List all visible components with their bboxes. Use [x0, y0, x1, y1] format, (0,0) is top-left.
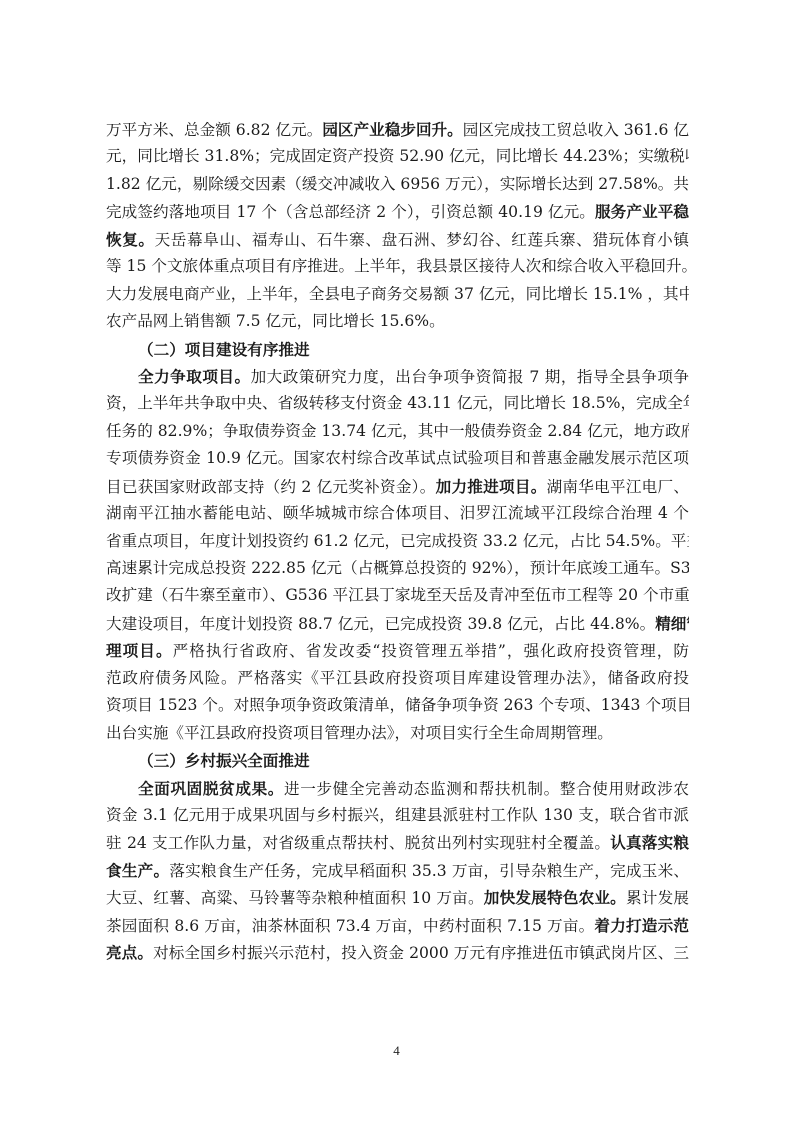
text-line: 全力争取项目。加大政策研究力度，出台争项争资简报 7 期，指导全县争项争	[106, 363, 689, 390]
text-run: 进一步健全完善动态监测和帮扶机制。整合使用财政涉农	[284, 780, 689, 798]
text-run: 园区完成技工贸总收入 361.6 亿	[463, 121, 689, 139]
text-run: 大豆、红薯、高粱、马铃薯等杂粮种植面积 10 万亩。	[106, 889, 484, 907]
text-line: 目已获国家财政部支持（约 2 亿元奖补资金）。加力推进项目。湖南华电平江电厂、	[106, 473, 689, 500]
text-line: 万平方米、总金额 6.82 亿元。园区产业稳步回升。园区完成技工贸总收入 361…	[106, 116, 689, 143]
text-line: 资金 3.1 亿元用于成果巩固与乡村振兴，组建县派驻村工作队 130 支，联合省…	[106, 802, 689, 829]
bold-lead-phrase: 加力推进项目。	[436, 477, 547, 496]
text-run: 资，上半年共争取中央、省级转移支付资金 43.11 亿元，同比增长 18.5%，…	[106, 394, 689, 412]
bold-lead-phrase: 加快发展特色农业。	[484, 888, 626, 907]
text-run: 元，同比增长 31.8%；完成固定资产投资 52.90 亿元，同比增长 44.2…	[106, 147, 689, 165]
text-run: 加大政策研究力度，出台争项争资简报 7 期，指导全县争项争	[251, 368, 689, 386]
text-line: 完成签约落地项目 17 个（含总部经济 2 个），引资总额 40.19 亿元。服…	[106, 198, 689, 225]
text-run: 茶园面积 8.6 万亩，油茶林面积 73.4 万亩，中药村面积 7.15 万亩。	[106, 917, 594, 935]
text-line: 等 15 个文旅体重点项目有序推进。上半年，我县景区接待人次和综合收入平稳回升。	[106, 253, 689, 280]
section-heading: （二）项目建设有序推进	[106, 336, 689, 363]
page-number: 4	[0, 1043, 793, 1059]
text-run: 目已获国家财政部支持（约 2 亿元奖补资金）。	[106, 478, 436, 496]
text-line: 恢复。天岳幕阜山、福寿山、石牛寨、盘石洲、梦幻谷、红莲兵寨、猎玩体育小镇	[106, 226, 689, 253]
bold-lead-phrase: 全面巩固脱贫成果。	[138, 779, 284, 798]
text-line: 出台实施《平江县政府投资项目管理办法》，对项目实行全生命周期管理。	[106, 720, 689, 747]
bold-lead-phrase: 园区产业稳步回升。	[322, 120, 462, 139]
text-line: 专项债券资金 10.9 亿元。国家农村综合改革试点试验项目和普惠金融发展示范区项	[106, 445, 689, 472]
text-run: 等 15 个文旅体重点项目有序推进。上半年，我县景区接待人次和综合收入平稳回升。	[106, 257, 689, 275]
document-body: 万平方米、总金额 6.82 亿元。园区产业稳步回升。园区完成技工贸总收入 361…	[106, 116, 689, 967]
text-run: 完成签约落地项目 17 个（含总部经济 2 个），引资总额 40.19 亿元。	[106, 203, 595, 221]
text-line: 食生产。落实粮食生产任务，完成早稻面积 35.3 万亩，引导杂粮生产，完成玉米、	[106, 857, 689, 884]
text-line: 范政府债务风险。严格落实《平江县政府投资项目库建设管理办法》，储备政府投	[106, 665, 689, 692]
text-run: 出台实施《平江县政府投资项目管理办法》，对项目实行全生命周期管理。	[106, 724, 613, 742]
section-heading: （三）乡村振兴全面推进	[106, 747, 689, 774]
text-run: 1.82 亿元，剔除缓交因素（缓交冲减收入 6956 万元），实际增长达到 27…	[106, 175, 689, 193]
text-line: 省重点项目，年度计划投资约 61.2 亿元，已完成投资 33.2 亿元，占比 5…	[106, 528, 689, 555]
text-run: 对标全国乡村振兴示范村，投入资金 2000 万元有序推进伍市镇武岗片区、三	[153, 944, 689, 962]
text-line: 元，同比增长 31.8%；完成固定资产投资 52.90 亿元，同比增长 44.2…	[106, 143, 689, 170]
text-line: 亮点。对标全国乡村振兴示范村，投入资金 2000 万元有序推进伍市镇武岗片区、三	[106, 939, 689, 966]
text-run: 驻 24 支工作队力量，对省级重点帮扶村、脱贫出列村实现驻村全覆盖。	[106, 834, 610, 852]
text-run: 天岳幕阜山、福寿山、石牛寨、盘石洲、梦幻谷、红莲兵寨、猎玩体育小镇	[155, 231, 689, 249]
text-run: 任务的 82.9%；争取债券资金 13.74 亿元，其中一般债券资金 2.84 …	[106, 422, 689, 440]
text-line: 湖南平江抽水蓄能电站、颐华城城市综合体项目、汨罗江流域平江段综合治理 4 个	[106, 500, 689, 527]
bold-lead-phrase: （三）乡村振兴全面推进	[138, 751, 310, 770]
text-run: 万平方米、总金额 6.82 亿元。	[106, 121, 322, 139]
text-run: 改扩建（石牛寨至童市）、G536 平江县丁家垅至天岳及青冲至伍市工程等 20 个…	[106, 586, 689, 604]
document-page: 万平方米、总金额 6.82 亿元。园区产业稳步回升。园区完成技工贸总收入 361…	[0, 0, 793, 1122]
bold-lead-phrase: 理项目。	[106, 641, 173, 660]
text-run: 高速累计完成总投资 222.85 亿元（占概算总投资的 92%），预计年底竣工通…	[106, 559, 689, 577]
bold-lead-phrase: 服务产业平稳	[595, 202, 689, 221]
text-line: 大建设项目，年度计划投资 88.7 亿元，已完成投资 39.8 亿元，占比 44…	[106, 610, 689, 637]
bold-lead-phrase: 食生产。	[106, 861, 169, 880]
text-line: 1.82 亿元，剔除缓交因素（缓交冲减收入 6956 万元），实际增长达到 27…	[106, 171, 689, 198]
text-run: 资项目 1523 个。对照争项争资政策清单，储备争项争资 263 个专项、134…	[106, 696, 689, 714]
bold-lead-phrase: 恢复。	[106, 230, 155, 249]
bold-lead-phrase: 精细管	[655, 614, 689, 633]
text-run: 农产品网上销售额 7.5 亿元，同比增长 15.6%。	[106, 312, 445, 330]
text-line: 驻 24 支工作队力量，对省级重点帮扶村、脱贫出列村实现驻村全覆盖。认真落实粮	[106, 829, 689, 856]
text-line: 全面巩固脱贫成果。进一步健全完善动态监测和帮扶机制。整合使用财政涉农	[106, 775, 689, 802]
text-line: 理项目。严格执行省政府、省发改委“投资管理五举措”，强化政府投资管理，防	[106, 637, 689, 664]
text-line: 茶园面积 8.6 万亩，油茶林面积 73.4 万亩，中药村面积 7.15 万亩。…	[106, 912, 689, 939]
bold-lead-phrase: 全力争取项目。	[138, 367, 251, 386]
text-line: 资项目 1523 个。对照争项争资政策清单，储备争项争资 263 个专项、134…	[106, 692, 689, 719]
text-run: 湖南平江抽水蓄能电站、颐华城城市综合体项目、汨罗江流域平江段综合治理 4 个	[106, 504, 689, 522]
text-run: 严格执行省政府、省发改委“投资管理五举措”，强化政府投资管理，防	[173, 642, 689, 660]
text-run: 专项债券资金 10.9 亿元。国家农村综合改革试点试验项目和普惠金融发展示范区项	[106, 449, 689, 467]
text-line: 大力发展电商产业，上半年，全县电子商务交易额 37 亿元，同比增长 15.1% …	[106, 281, 689, 308]
text-run: 大建设项目，年度计划投资 88.7 亿元，已完成投资 39.8 亿元，占比 44…	[106, 615, 655, 633]
bold-lead-phrase: （二）项目建设有序推进	[138, 340, 310, 359]
text-line: 任务的 82.9%；争取债券资金 13.74 亿元，其中一般债券资金 2.84 …	[106, 418, 689, 445]
bold-lead-phrase: 着力打造示范	[594, 916, 689, 935]
text-run: 范政府债务风险。严格落实《平江县政府投资项目库建设管理办法》，储备政府投	[106, 669, 689, 687]
text-line: 大豆、红薯、高粱、马铃薯等杂粮种植面积 10 万亩。加快发展特色农业。累计发展	[106, 884, 689, 911]
text-run: 累计发展	[626, 889, 689, 907]
bold-lead-phrase: 认真落实粮	[610, 833, 689, 852]
text-run: 资金 3.1 亿元用于成果巩固与乡村振兴，组建县派驻村工作队 130 支，联合省…	[106, 806, 689, 824]
bold-lead-phrase: 亮点。	[106, 943, 153, 962]
text-run: 省重点项目，年度计划投资约 61.2 亿元，已完成投资 33.2 亿元，占比 5…	[106, 532, 689, 550]
text-line: 高速累计完成总投资 222.85 亿元（占概算总投资的 92%），预计年底竣工通…	[106, 555, 689, 582]
text-run: 落实粮食生产任务，完成早稻面积 35.3 万亩，引导杂粮生产，完成玉米、	[169, 862, 689, 880]
text-line: 农产品网上销售额 7.5 亿元，同比增长 15.6%。	[106, 308, 689, 335]
text-run: 大力发展电商产业，上半年，全县电子商务交易额 37 亿元，同比增长 15.1% …	[106, 285, 689, 303]
text-run: 湖南华电平江电厂、	[547, 478, 689, 496]
text-line: 改扩建（石牛寨至童市）、G536 平江县丁家垅至天岳及青冲至伍市工程等 20 个…	[106, 582, 689, 609]
text-line: 资，上半年共争取中央、省级转移支付资金 43.11 亿元，同比增长 18.5%，…	[106, 390, 689, 417]
